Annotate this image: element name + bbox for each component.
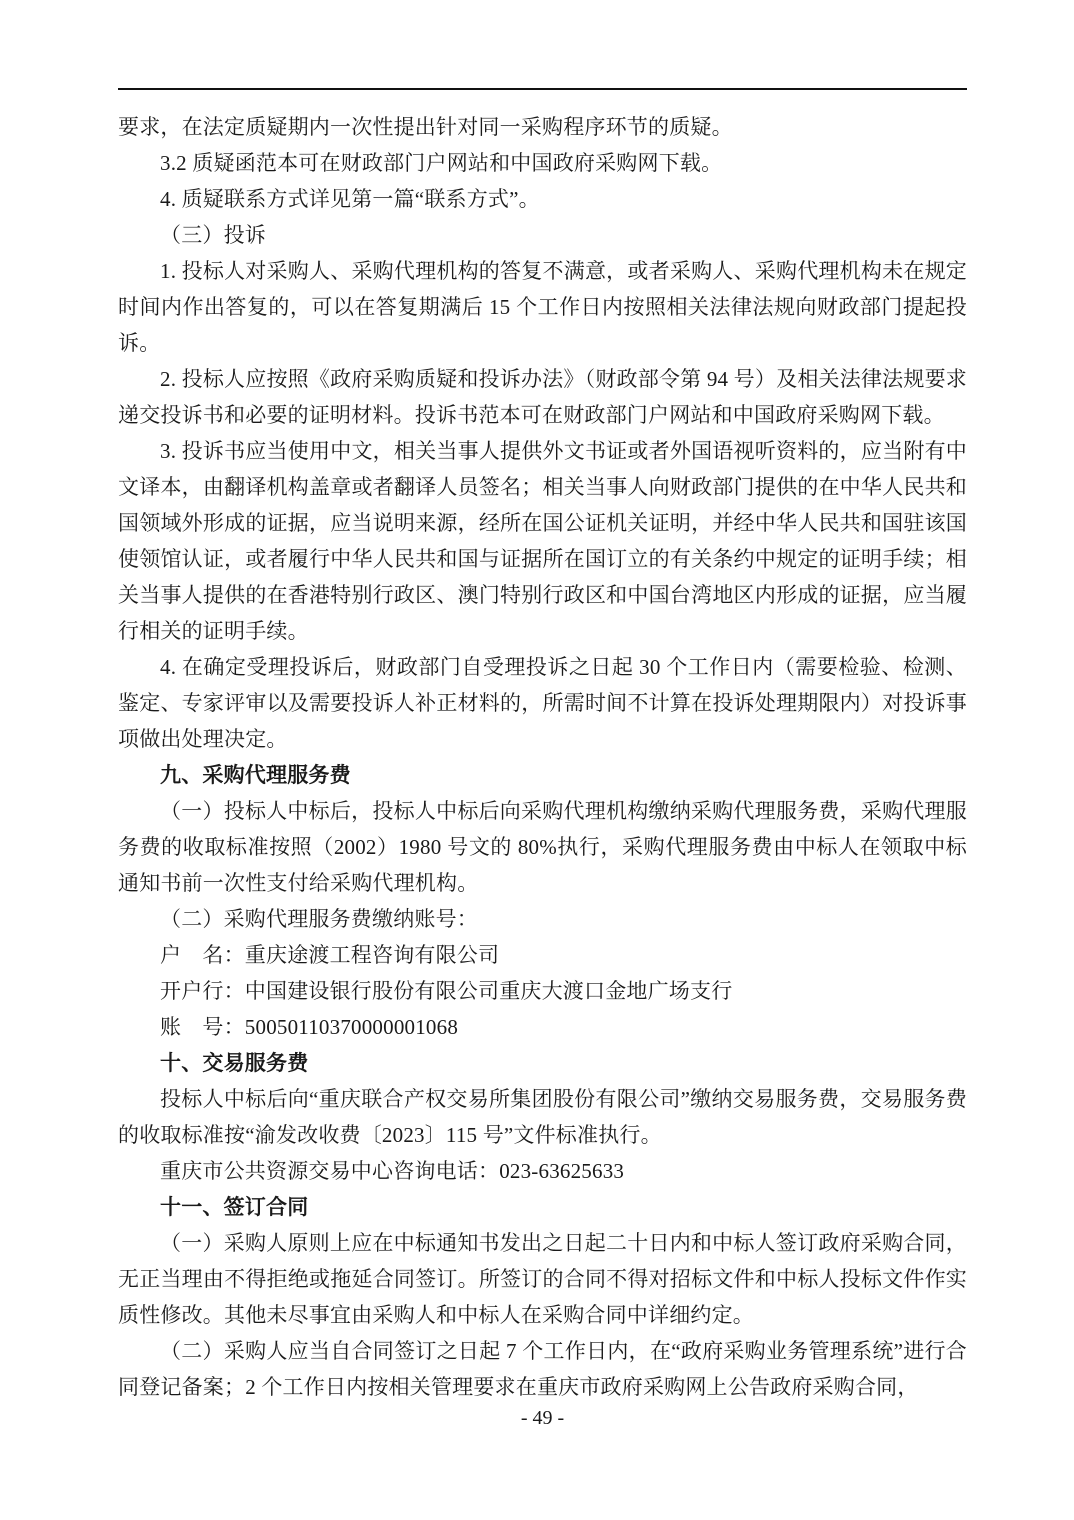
para-account-number: 账 号：50050110370000001068 xyxy=(118,1009,967,1045)
para-hotline: 重庆市公共资源交易中心咨询电话：023-63625633 xyxy=(118,1153,967,1189)
para-complaint-2: 2. 投标人应按照《政府采购质疑和投诉办法》（财政部令第 94 号）及相关法律法… xyxy=(118,361,967,433)
document-page: 要求，在法定质疑期内一次性提出针对同一采购程序环节的质疑。 3.2 质疑函范本可… xyxy=(0,0,1074,1520)
para-complaint-1: 1. 投标人对采购人、采购代理机构的答复不满意，或者采购人、采购代理机构未在规定… xyxy=(118,253,967,361)
para-agency-fee-2: （二）采购代理服务费缴纳账号： xyxy=(118,901,967,937)
para-complaint-3: 3. 投诉书应当使用中文，相关当事人提供外文书证或者外国语视听资料的，应当附有中… xyxy=(118,433,967,649)
header-rule xyxy=(118,88,967,90)
heading-agency-service-fee: 九、采购代理服务费 xyxy=(118,757,967,793)
para-account-name: 户 名：重庆途渡工程咨询有限公司 xyxy=(118,937,967,973)
para-letter-template: 3.2 质疑函范本可在财政部门户网站和中国政府采购网下载。 xyxy=(118,145,967,181)
document-body: 要求，在法定质疑期内一次性提出针对同一采购程序环节的质疑。 3.2 质疑函范本可… xyxy=(118,109,967,1405)
heading-contract-signing: 十一、签订合同 xyxy=(118,1189,967,1225)
para-transaction-fee: 投标人中标后向“重庆联合产权交易所集团股份有限公司”缴纳交易服务费，交易服务费的… xyxy=(118,1081,967,1153)
para-complaint-4: 4. 在确定受理投诉后，财政部门自受理投诉之日起 30 个工作日内（需要检验、检… xyxy=(118,649,967,757)
para-continuation: 要求，在法定质疑期内一次性提出针对同一采购程序环节的质疑。 xyxy=(118,109,967,145)
heading-transaction-fee: 十、交易服务费 xyxy=(118,1045,967,1081)
para-agency-fee-1: （一）投标人中标后，投标人中标后向采购代理机构缴纳采购代理服务费，采购代理服务费… xyxy=(118,793,967,901)
para-complaint-subheading: （三）投诉 xyxy=(118,217,967,253)
para-contact-method: 4. 质疑联系方式详见第一篇“联系方式”。 xyxy=(118,181,967,217)
para-bank-name: 开户行：中国建设银行股份有限公司重庆大渡口金地广场支行 xyxy=(118,973,967,1009)
para-contract-2: （二）采购人应当自合同签订之日起 7 个工作日内，在“政府采购业务管理系统”进行… xyxy=(118,1333,967,1405)
para-contract-1: （一）采购人原则上应在中标通知书发出之日起二十日内和中标人签订政府采购合同，无正… xyxy=(118,1225,967,1333)
page-number: - 49 - xyxy=(118,1404,967,1432)
